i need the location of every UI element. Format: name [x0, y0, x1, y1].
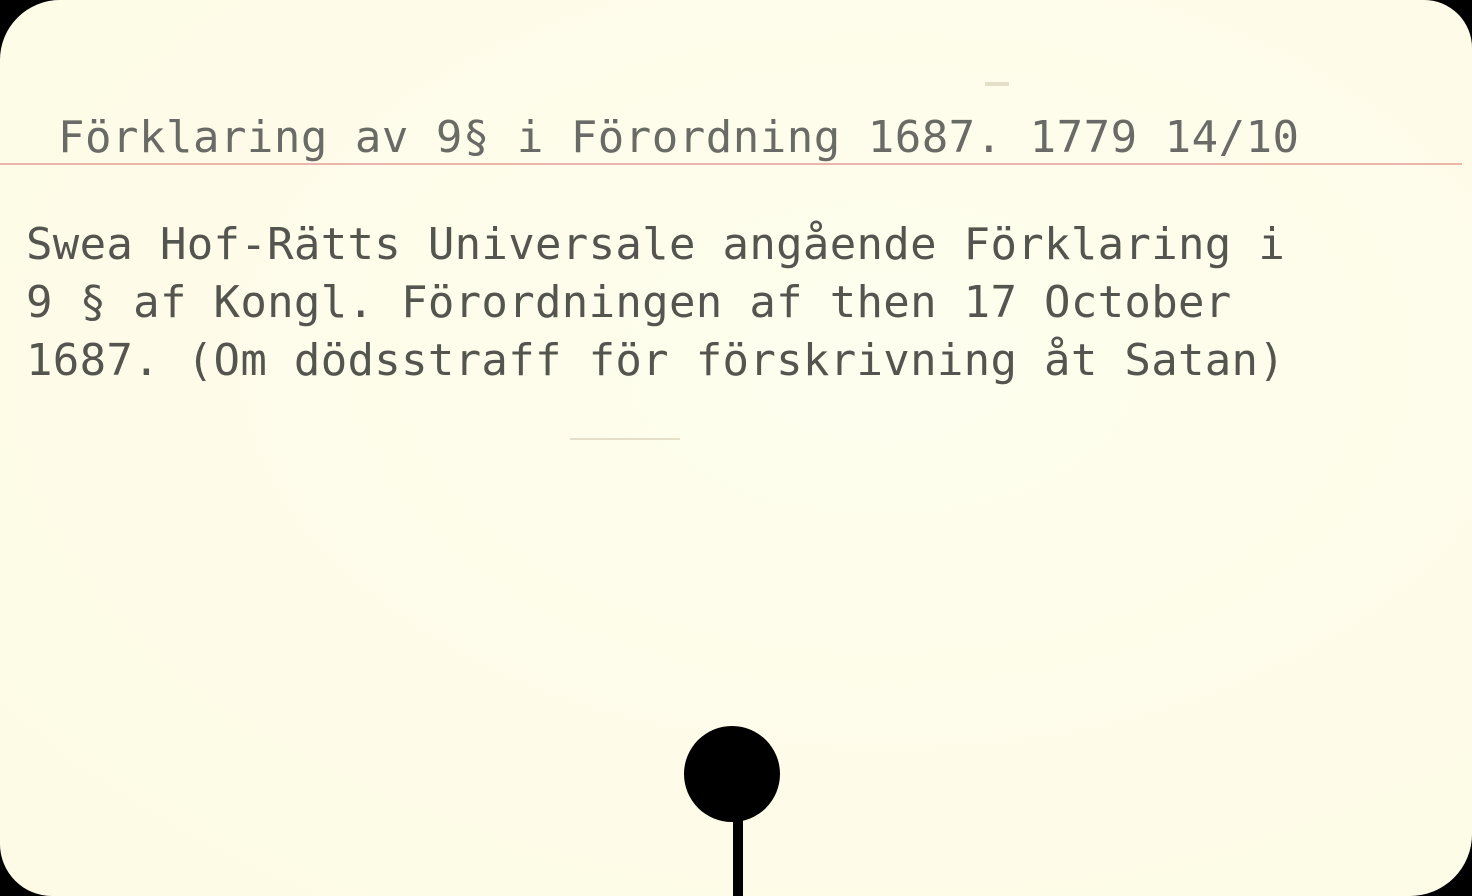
card-body: Swea Hof-Rätts Universale angående Förkl… [26, 216, 1446, 390]
index-card: Förklaring av 9§ i Förordning 1687. 1779… [0, 0, 1472, 896]
body-line: Swea Hof-Rätts Universale angående Förkl… [26, 216, 1446, 274]
punch-hole [684, 726, 780, 822]
body-line: 9 § af Kongl. Förordningen af then 17 Oc… [26, 274, 1446, 332]
card-rod [733, 816, 743, 896]
body-line: 1687. (Om dödsstraff för förskrivning åt… [26, 332, 1446, 390]
card-heading: Förklaring av 9§ i Förordning 1687. 1779… [58, 112, 1300, 164]
paper-speck [985, 82, 1009, 86]
heading-rule [0, 163, 1462, 165]
paper-speck [570, 438, 680, 440]
